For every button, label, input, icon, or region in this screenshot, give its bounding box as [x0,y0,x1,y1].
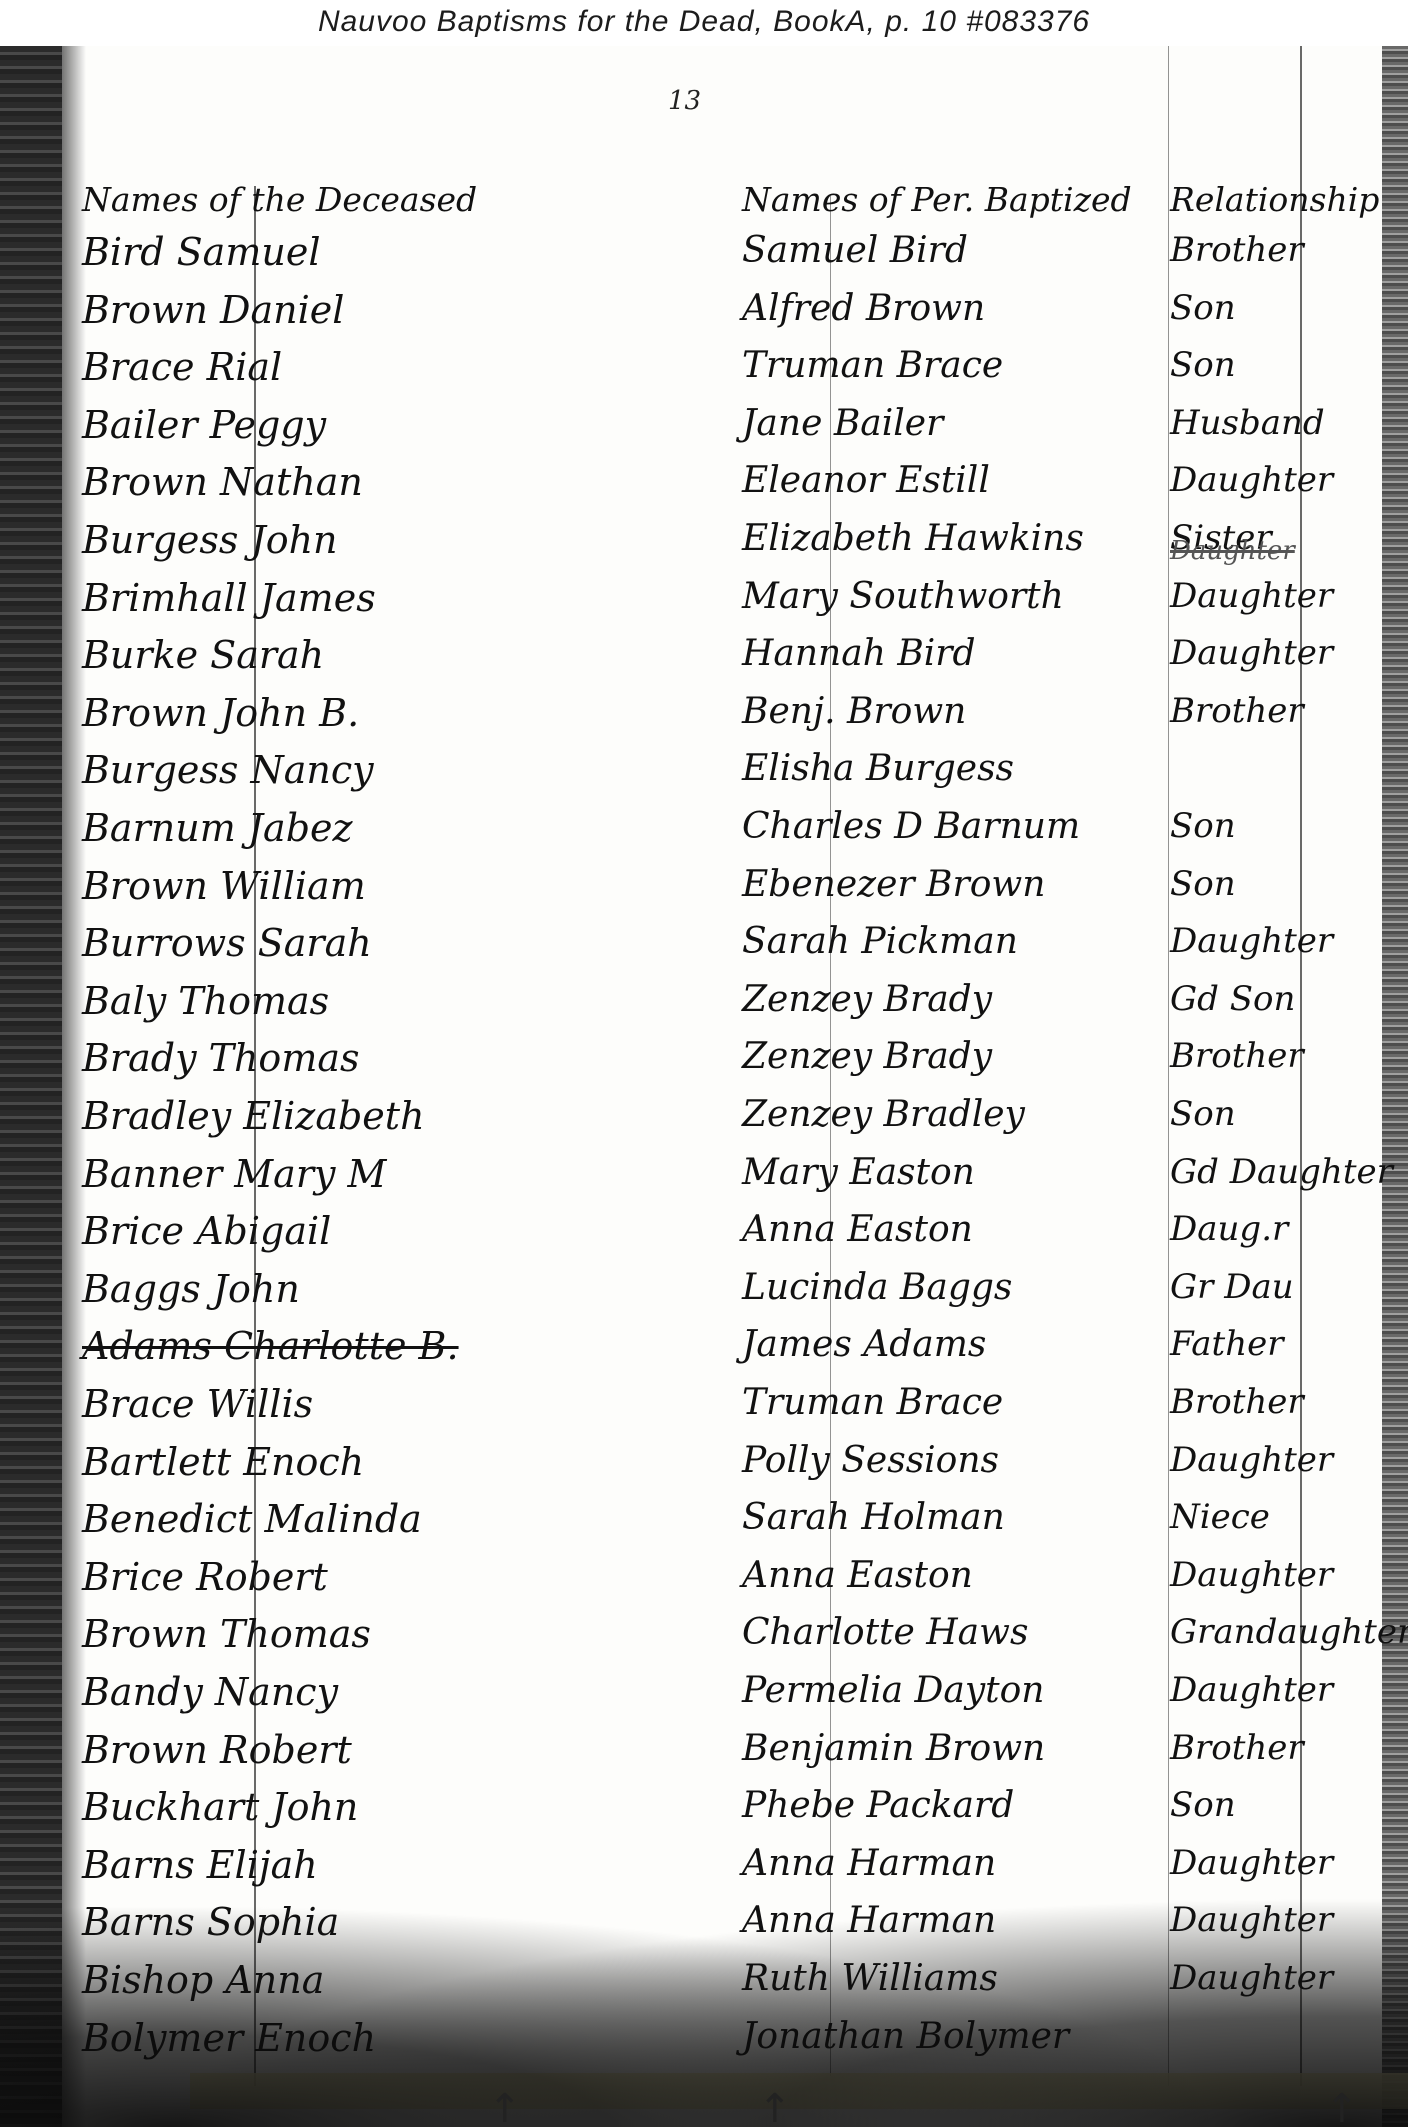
cell-deceased: Brace Willis [82,1382,313,1426]
table-row: Barns SophiaAnna HarmanDaughter [0,1900,1408,1950]
cell-relationship: Daughter [1170,1440,1333,1480]
cell-deceased: Brown Thomas [82,1612,371,1656]
cell-relationship: Daughter [1170,576,1333,616]
table-row: Burgess JohnElizabeth HawkinsSisterDaugh… [0,518,1408,568]
table-row: Banner Mary MMary EastonGd Daughter [0,1152,1408,1202]
cell-baptized: Anna Easton [742,1209,973,1250]
cell-relationship: Niece [1170,1497,1270,1537]
cell-deceased: Brown William [82,864,366,908]
table-row: Burke SarahHannah BirdDaughter [0,633,1408,683]
cell-deceased: Brice Robert [82,1555,328,1599]
cell-relationship: Brother [1170,230,1304,270]
cell-baptized: Mary Easton [742,1152,975,1193]
annotation-text: Nauvoo Baptisms for the Dead, BookA, p. … [318,5,1090,39]
cell-deceased: Baly Thomas [82,979,329,1023]
cell-relationship-struck: Daughter [1170,536,1295,566]
cell-baptized: Jane Bailer [742,403,943,444]
cell-deceased: Brimhall James [82,576,376,620]
cell-baptized: Phebe Packard [742,1785,1014,1826]
highlighted-row-marker [190,2073,1408,2109]
cell-relationship: Gd Son [1170,979,1295,1019]
cell-baptized: Permelia Dayton [742,1670,1044,1711]
header-relationship: Relationship [1170,180,1379,219]
table-row: Brace WillisTruman BraceBrother [0,1382,1408,1432]
cell-baptized: Anna Harman [742,1900,996,1941]
cell-relationship: Daug.r [1170,1209,1288,1249]
cell-baptized: Charlotte Haws [742,1612,1028,1653]
cell-baptized: Mary Southworth [742,576,1064,617]
table-row: Brady ThomasZenzey BradyBrother [0,1036,1408,1086]
table-row: Bartlett EnochPolly SessionsDaughter [0,1440,1408,1490]
cell-baptized: Eleanor Estill [742,460,990,501]
table-row: Brown ThomasCharlotte HawsGrandaughter [0,1612,1408,1662]
cell-baptized: Ruth Williams [742,1958,998,1999]
cell-baptized: Benj. Brown [742,691,966,732]
cell-deceased: Adams Charlotte B. [82,1324,459,1368]
cell-relationship: Father [1170,1324,1284,1364]
cell-relationship: Gd Daughter [1170,1152,1393,1192]
table-row: Bird SamuelSamuel BirdBrother [0,230,1408,280]
arrow-marker-icon: ↑ [1325,2086,1359,2127]
cell-relationship: Daughter [1170,1900,1333,1940]
cell-baptized: Samuel Bird [742,230,968,271]
cell-relationship: Brother [1170,1382,1304,1422]
header-baptized: Names of Per. Baptized [742,180,1132,219]
table-row: Bailer PeggyJane BailerHusband [0,403,1408,453]
cell-relationship: Grandaughter [1170,1612,1408,1652]
cell-relationship: Gr Dau [1170,1267,1294,1307]
cell-baptized: Elizabeth Hawkins [742,518,1084,559]
cell-baptized: Sarah Holman [742,1497,1005,1538]
table-row: Adams Charlotte B.James AdamsFather [0,1324,1408,1374]
cell-relationship: Daughter [1170,1958,1333,1998]
archive-annotation: Nauvoo Baptisms for the Dead, BookA, p. … [0,0,1408,44]
cell-deceased: Brown Robert [82,1728,352,1772]
cell-deceased: Brace Rial [82,345,282,389]
cell-deceased: Barnum Jabez [82,806,353,850]
cell-deceased: Burgess Nancy [82,748,374,792]
cell-deceased: Bird Samuel [82,230,320,274]
cell-relationship: Brother [1170,691,1304,731]
cell-relationship: Son [1170,1785,1236,1825]
cell-deceased: Barns Elijah [82,1843,318,1887]
cell-baptized: Charles D Barnum [742,806,1080,847]
cell-relationship: Daughter [1170,1555,1333,1595]
cell-relationship: Son [1170,345,1236,385]
table-row: Buckhart JohnPhebe PackardSon [0,1785,1408,1835]
table-row: Baggs JohnLucinda BaggsGr Dau [0,1267,1408,1317]
cell-deceased: Bailer Peggy [82,403,326,447]
table-row: Brown John B.Benj. BrownBrother [0,691,1408,741]
cell-baptized: Sarah Pickman [742,921,1018,962]
cell-baptized: Polly Sessions [742,1440,999,1481]
cell-relationship: Brother [1170,1728,1304,1768]
table-row: Bishop AnnaRuth WilliamsDaughter [0,1958,1408,2008]
table-row: Brace RialTruman BraceSon [0,345,1408,395]
table-header-row: Names of the Deceased Names of Per. Bapt… [0,180,1408,230]
cell-baptized: Alfred Brown [742,288,985,329]
cell-baptized: Anna Easton [742,1555,973,1596]
cell-deceased: Brown Daniel [82,288,344,332]
table-row: Baly ThomasZenzey BradyGd Son [0,979,1408,1029]
cell-deceased: Bandy Nancy [82,1670,338,1714]
cell-deceased: Burrows Sarah [82,921,372,965]
cell-deceased: Brady Thomas [82,1036,360,1080]
cell-baptized: Lucinda Baggs [742,1267,1012,1308]
cell-baptized: Ebenezer Brown [742,864,1045,905]
cell-relationship: Husband [1170,403,1325,443]
cell-relationship: Daughter [1170,1670,1333,1710]
cell-baptized: Truman Brace [742,1382,1003,1423]
cell-relationship: Son [1170,806,1236,846]
cell-deceased: Benedict Malinda [82,1497,422,1541]
cell-deceased: Bolymer Enoch [82,2016,376,2060]
cell-deceased: Brown John B. [82,691,359,735]
cell-deceased: Brice Abigail [82,1209,331,1253]
cell-relationship: Daughter [1170,921,1333,961]
cell-relationship: Daughter [1170,460,1333,500]
cell-deceased: Bartlett Enoch [82,1440,364,1484]
cell-relationship: Brother [1170,1036,1304,1076]
page-number: 13 [668,86,701,116]
table-row: Brice RobertAnna EastonDaughter [0,1555,1408,1605]
cell-relationship: Daughter [1170,633,1333,673]
table-row: Burgess NancyElisha Burgess [0,748,1408,798]
cell-baptized: Benjamin Brown [742,1728,1045,1769]
table-row: Burrows SarahSarah PickmanDaughter [0,921,1408,971]
table-row: Brice AbigailAnna EastonDaug.r [0,1209,1408,1259]
cell-deceased: Bradley Elizabeth [82,1094,425,1138]
table-row: Brown RobertBenjamin BrownBrother [0,1728,1408,1778]
arrow-marker-icon: ↑ [758,2086,792,2127]
cell-baptized: Truman Brace [742,345,1003,386]
cell-deceased: Burke Sarah [82,633,324,677]
cell-deceased: Bishop Anna [82,1958,324,2002]
cell-relationship: Son [1170,288,1236,328]
cell-baptized: Anna Harman [742,1843,996,1884]
header-deceased: Names of the Deceased [82,180,477,219]
table-row: Brown WilliamEbenezer BrownSon [0,864,1408,914]
cell-deceased: Buckhart John [82,1785,358,1829]
arrow-marker-icon: ↑ [488,2086,522,2127]
table-row: Brown DanielAlfred BrownSon [0,288,1408,338]
table-row: Bolymer EnochJonathan Bolymer [0,2016,1408,2066]
cell-baptized: James Adams [742,1324,986,1365]
cell-baptized: Jonathan Bolymer [742,2016,1069,2057]
cell-deceased: Banner Mary M [82,1152,386,1196]
cell-relationship: Daughter [1170,1843,1333,1883]
table-row: Brimhall JamesMary SouthworthDaughter [0,576,1408,626]
table-row: Brown NathanEleanor EstillDaughter [0,460,1408,510]
cell-deceased: Burgess John [82,518,338,562]
cell-baptized: Zenzey Bradley [742,1094,1025,1135]
cell-baptized: Zenzey Brady [742,979,992,1020]
table-row: Benedict MalindaSarah HolmanNiece [0,1497,1408,1547]
cell-deceased: Barns Sophia [82,1900,339,1944]
table-row: Bradley ElizabethZenzey BradleySon [0,1094,1408,1144]
cell-relationship: Son [1170,864,1236,904]
cell-baptized: Zenzey Brady [742,1036,992,1077]
cell-deceased: Baggs John [82,1267,300,1311]
ledger-page: 13 Names of the Deceased Names of Per. B… [0,46,1408,2127]
table-row: Barnum JabezCharles D BarnumSon [0,806,1408,856]
table-row: Barns ElijahAnna HarmanDaughter [0,1843,1408,1893]
cell-baptized: Elisha Burgess [742,748,1014,789]
cell-deceased: Brown Nathan [82,460,363,504]
cell-baptized: Hannah Bird [742,633,976,674]
cell-relationship: Son [1170,1094,1236,1134]
table-row: Bandy NancyPermelia DaytonDaughter [0,1670,1408,1720]
